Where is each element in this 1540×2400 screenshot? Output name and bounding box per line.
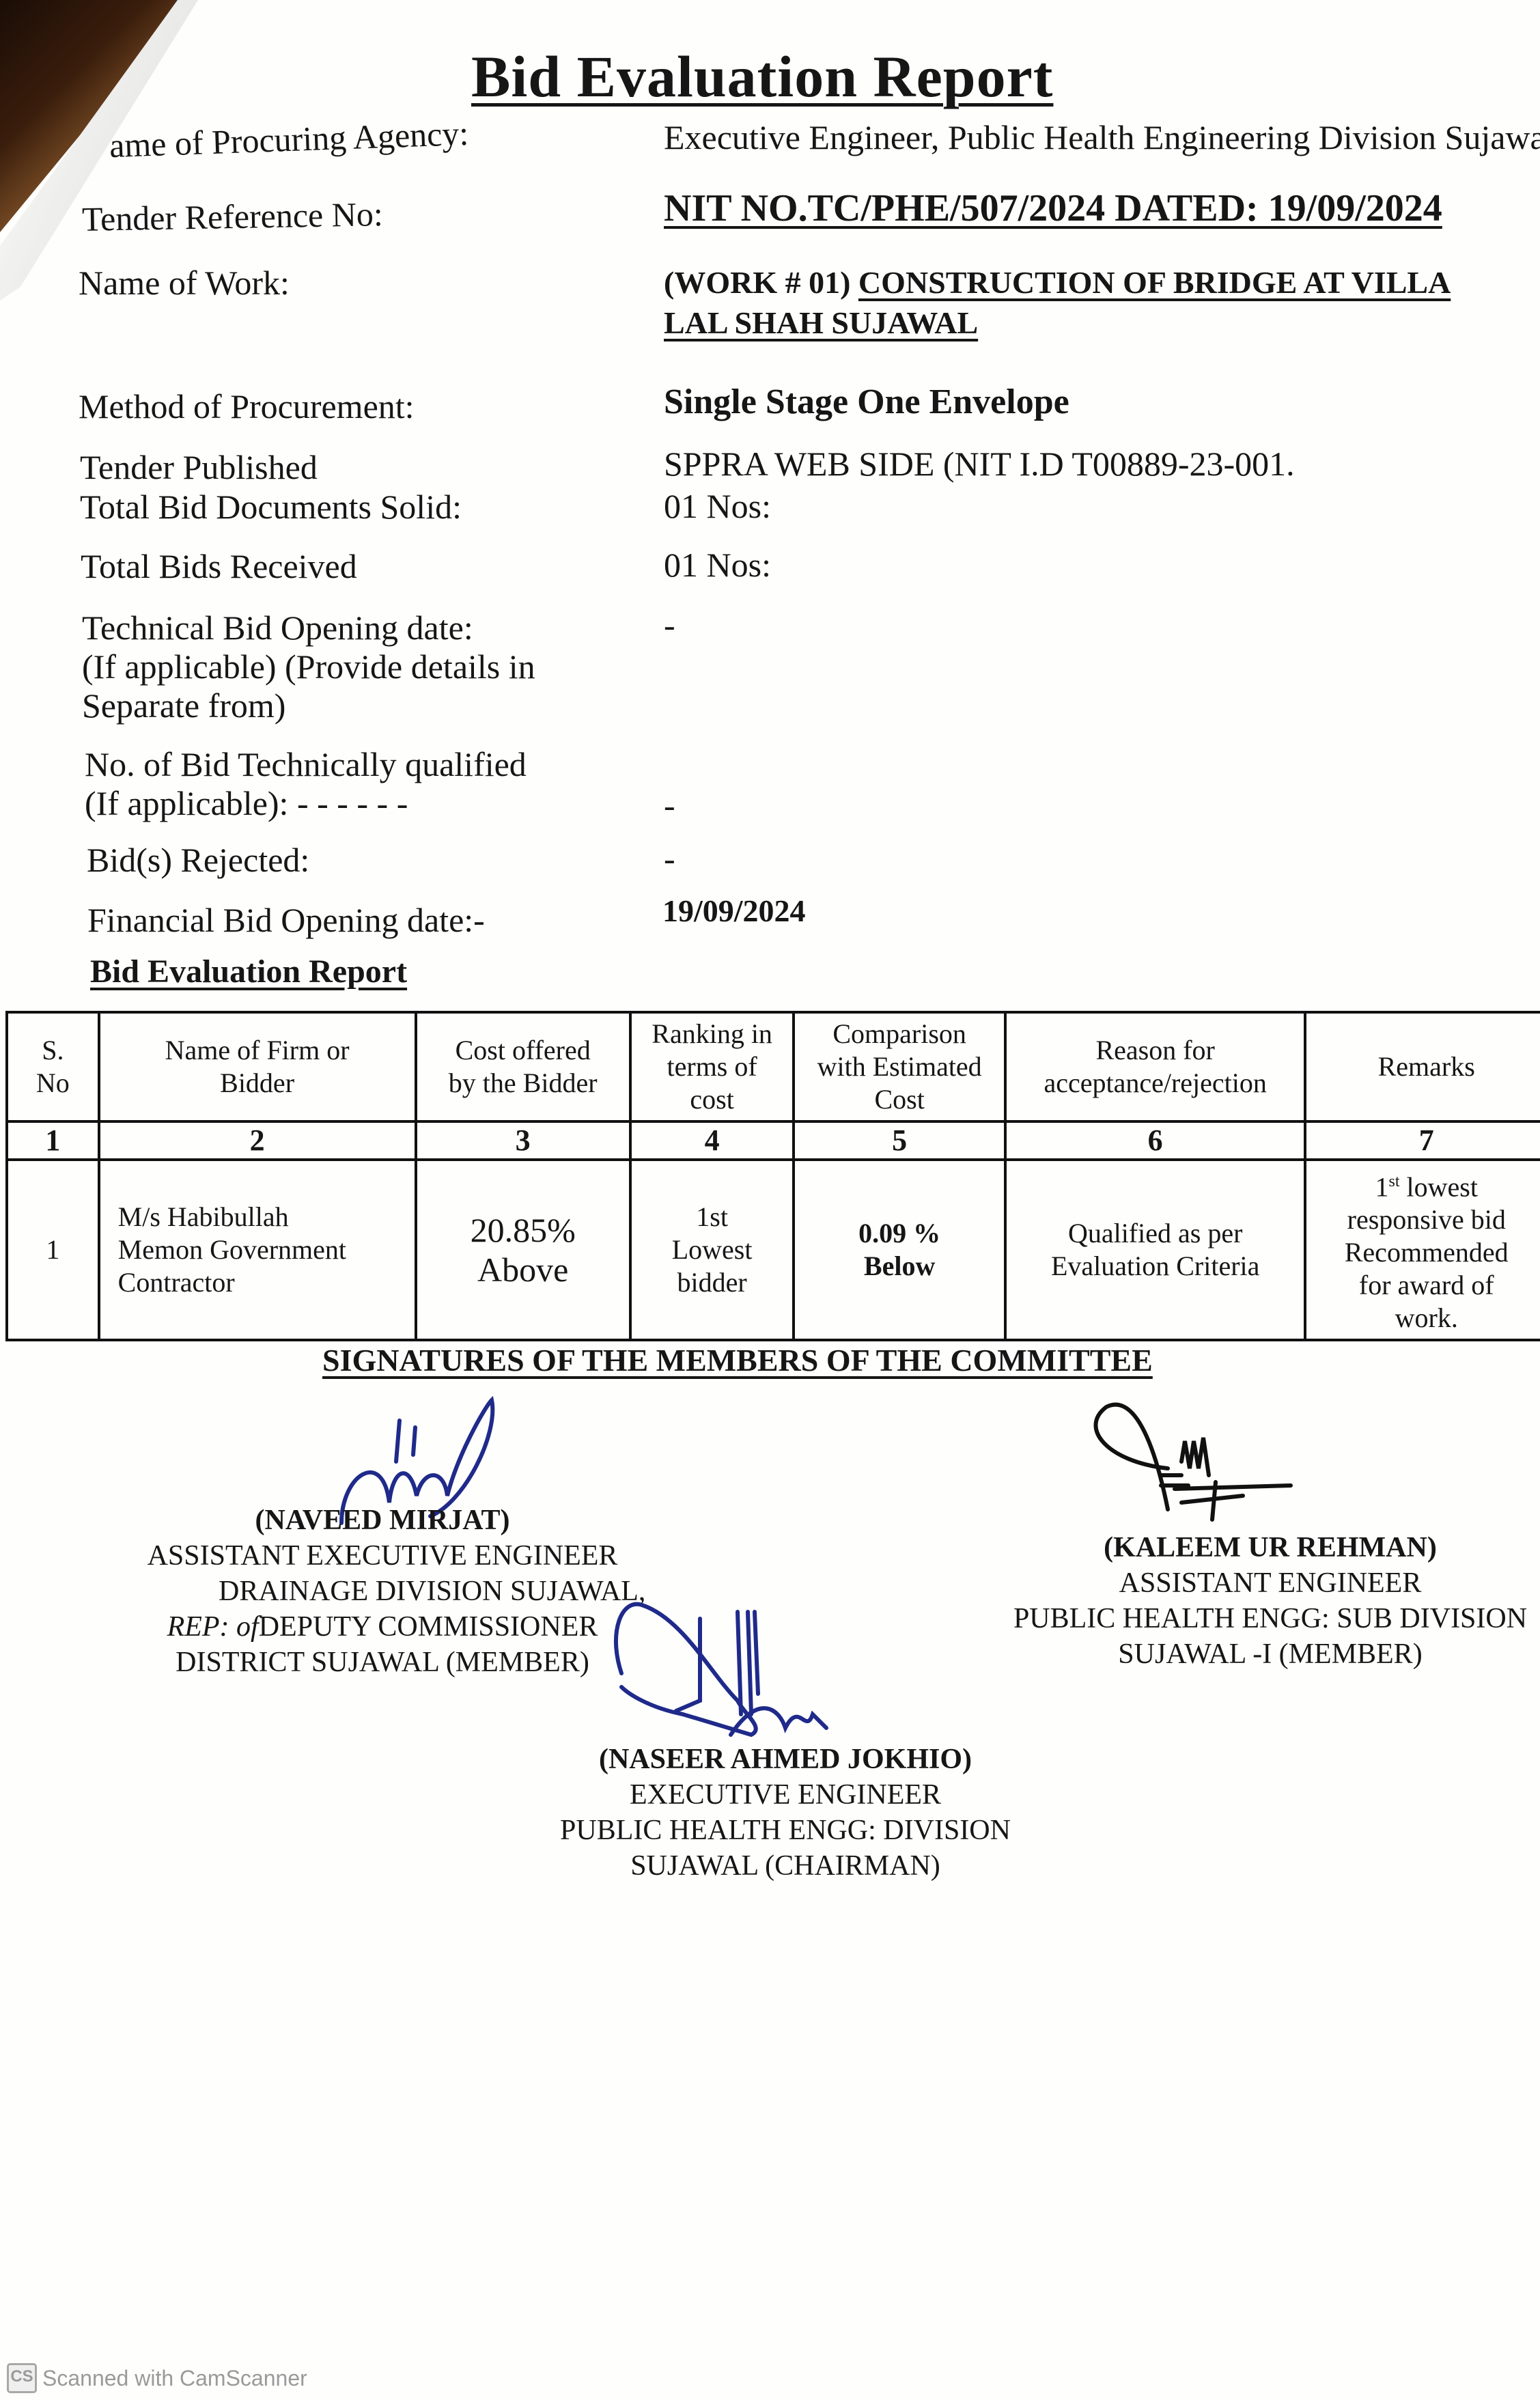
header-remarks: Remarks — [1305, 1012, 1540, 1121]
label-bids-rejected: Bid(s) Rejected: — [87, 840, 309, 880]
work-title-line2: LAL SHAH SUJAWAL — [664, 303, 978, 343]
label-financial-bid-opening: Financial Bid Opening date:- — [87, 900, 485, 940]
label-technically-qualified-2: (If applicable): - - - - - - — [85, 783, 408, 823]
member-designation: EXECUTIVE ENGINEER — [505, 1777, 1065, 1813]
table-column-number-row: 1 2 3 4 5 6 7 — [7, 1121, 1540, 1160]
member-district: SUJAWAL -I (MEMBER) — [956, 1636, 1540, 1672]
signature-block-naseer: (NASEER AHMED JOKHIO) EXECUTIVE ENGINEER… — [505, 1742, 1065, 1884]
column-number: 4 — [630, 1121, 794, 1160]
label-tender-published: Tender Published — [80, 447, 318, 487]
member-division: DRAINAGE DIVISION SUJAWAL, — [137, 1574, 628, 1609]
member-district: DISTRICT SUJAWAL (MEMBER) — [137, 1645, 628, 1680]
header-cost-offered: Cost offeredby the Bidder — [416, 1012, 630, 1121]
value-technical-bid-opening: - — [664, 605, 675, 645]
work-title-line1: CONSTRUCTION OF BRIDGE AT VILLA — [858, 265, 1451, 300]
cell-cost-offered: 20.85%Above — [416, 1160, 630, 1340]
cell-ranking: 1stLowestbidder — [630, 1160, 794, 1340]
bid-evaluation-table: S.No Name of Firm orBidder Cost offeredb… — [5, 1011, 1540, 1341]
column-number: 1 — [7, 1121, 99, 1160]
value-procuring-agency: Executive Engineer, Public Health Engine… — [664, 117, 1540, 157]
value-tender-reference: NIT NO.TC/PHE/507/2024 DATED: 19/09/2024 — [664, 189, 1442, 228]
column-number: 3 — [416, 1121, 630, 1160]
label-technical-bid-opening-1: Technical Bid Opening date: — [82, 608, 473, 647]
cell-s-no: 1 — [7, 1160, 99, 1340]
header-s-no: S.No — [7, 1012, 99, 1121]
column-number: 2 — [99, 1121, 416, 1160]
member-division: PUBLIC HEALTH ENGG: DIVISION — [505, 1813, 1065, 1848]
cell-remarks: 1st lowestresponsive bidRecommendedfor a… — [1305, 1160, 1540, 1340]
label-tender-reference: Tender Reference No: — [82, 194, 384, 239]
label-total-bids-received: Total Bids Received — [81, 546, 357, 586]
cell-firm-name: M/s HabibullahMemon GovernmentContractor — [99, 1160, 416, 1340]
member-name: (KALEEM UR REHMAN) — [956, 1530, 1540, 1565]
member-district: SUJAWAL (CHAIRMAN) — [505, 1848, 1065, 1884]
signature-naseer-ahmed-jokhio-icon — [601, 1591, 874, 1748]
member-designation: ASSISTANT EXECUTIVE ENGINEER — [137, 1538, 628, 1574]
page-title: Bid Evaluation Report — [471, 42, 1053, 111]
signatures-heading: SIGNATURES OF THE MEMBERS OF THE COMMITT… — [322, 1342, 1153, 1378]
label-technical-bid-opening-2: (If applicable) (Provide details in — [82, 647, 535, 686]
table-row: 1 M/s HabibullahMemon GovernmentContract… — [7, 1160, 1540, 1340]
camscanner-logo-icon: CS — [7, 2363, 37, 2393]
header-ranking: Ranking interms ofcost — [630, 1012, 794, 1121]
cell-comparison: 0.09 %Below — [794, 1160, 1005, 1340]
header-firm-name: Name of Firm orBidder — [99, 1012, 416, 1121]
value-financial-bid-opening: 19/09/2024 — [662, 891, 806, 931]
value-total-bid-documents: 01 Nos: — [664, 486, 771, 526]
value-method-of-procurement: Single Stage One Envelope — [664, 382, 1069, 422]
label-technically-qualified-1: No. of Bid Technically qualified — [85, 744, 527, 784]
label-total-bid-documents: Total Bid Documents Solid: — [80, 487, 462, 527]
label-technical-bid-opening-3: Separate from) — [82, 686, 285, 725]
value-tender-published: SPPRA WEB SIDE (NIT I.D T00889-23-001. — [664, 444, 1295, 484]
member-division: PUBLIC HEALTH ENGG: SUB DIVISION — [956, 1601, 1540, 1636]
camscanner-watermark: CS Scanned with CamScanner — [7, 2363, 307, 2393]
header-comparison: Comparisonwith EstimatedCost — [794, 1012, 1005, 1121]
member-representation: REP: ofDEPUTY COMMISSIONER — [137, 1609, 628, 1645]
value-technically-qualified: - — [664, 785, 675, 825]
cell-reason: Qualified as perEvaluation Criteria — [1005, 1160, 1306, 1340]
value-total-bids-received: 01 Nos: — [664, 545, 771, 585]
label-name-of-work: Name of Work: — [79, 263, 290, 303]
member-name: (NASEER AHMED JOKHIO) — [505, 1742, 1065, 1777]
column-number: 6 — [1005, 1121, 1306, 1160]
member-name: (NAVEED MIRJAT) — [137, 1503, 628, 1538]
header-reason: Reason foracceptance/rejection — [1005, 1012, 1306, 1121]
signature-kaleem-ur-rehman-icon — [1079, 1400, 1311, 1530]
signature-block-kaleem: (KALEEM UR REHMAN) ASSISTANT ENGINEER PU… — [956, 1530, 1540, 1672]
column-number: 7 — [1305, 1121, 1540, 1160]
watermark-text: Scanned with CamScanner — [42, 2366, 307, 2391]
table-header-row: S.No Name of Firm orBidder Cost offeredb… — [7, 1012, 1540, 1121]
value-bids-rejected: - — [664, 839, 675, 878]
section-title-bid-evaluation: Bid Evaluation Report — [90, 953, 407, 990]
column-number: 5 — [794, 1121, 1005, 1160]
member-designation: ASSISTANT ENGINEER — [956, 1565, 1540, 1601]
signature-block-naveed: (NAVEED MIRJAT) ASSISTANT EXECUTIVE ENGI… — [137, 1503, 628, 1680]
label-method-of-procurement: Method of Procurement: — [79, 387, 415, 426]
work-number: (WORK # 01) — [664, 265, 850, 300]
value-name-of-work: (WORK # 01) CONSTRUCTION OF BRIDGE AT VI… — [664, 263, 1451, 303]
